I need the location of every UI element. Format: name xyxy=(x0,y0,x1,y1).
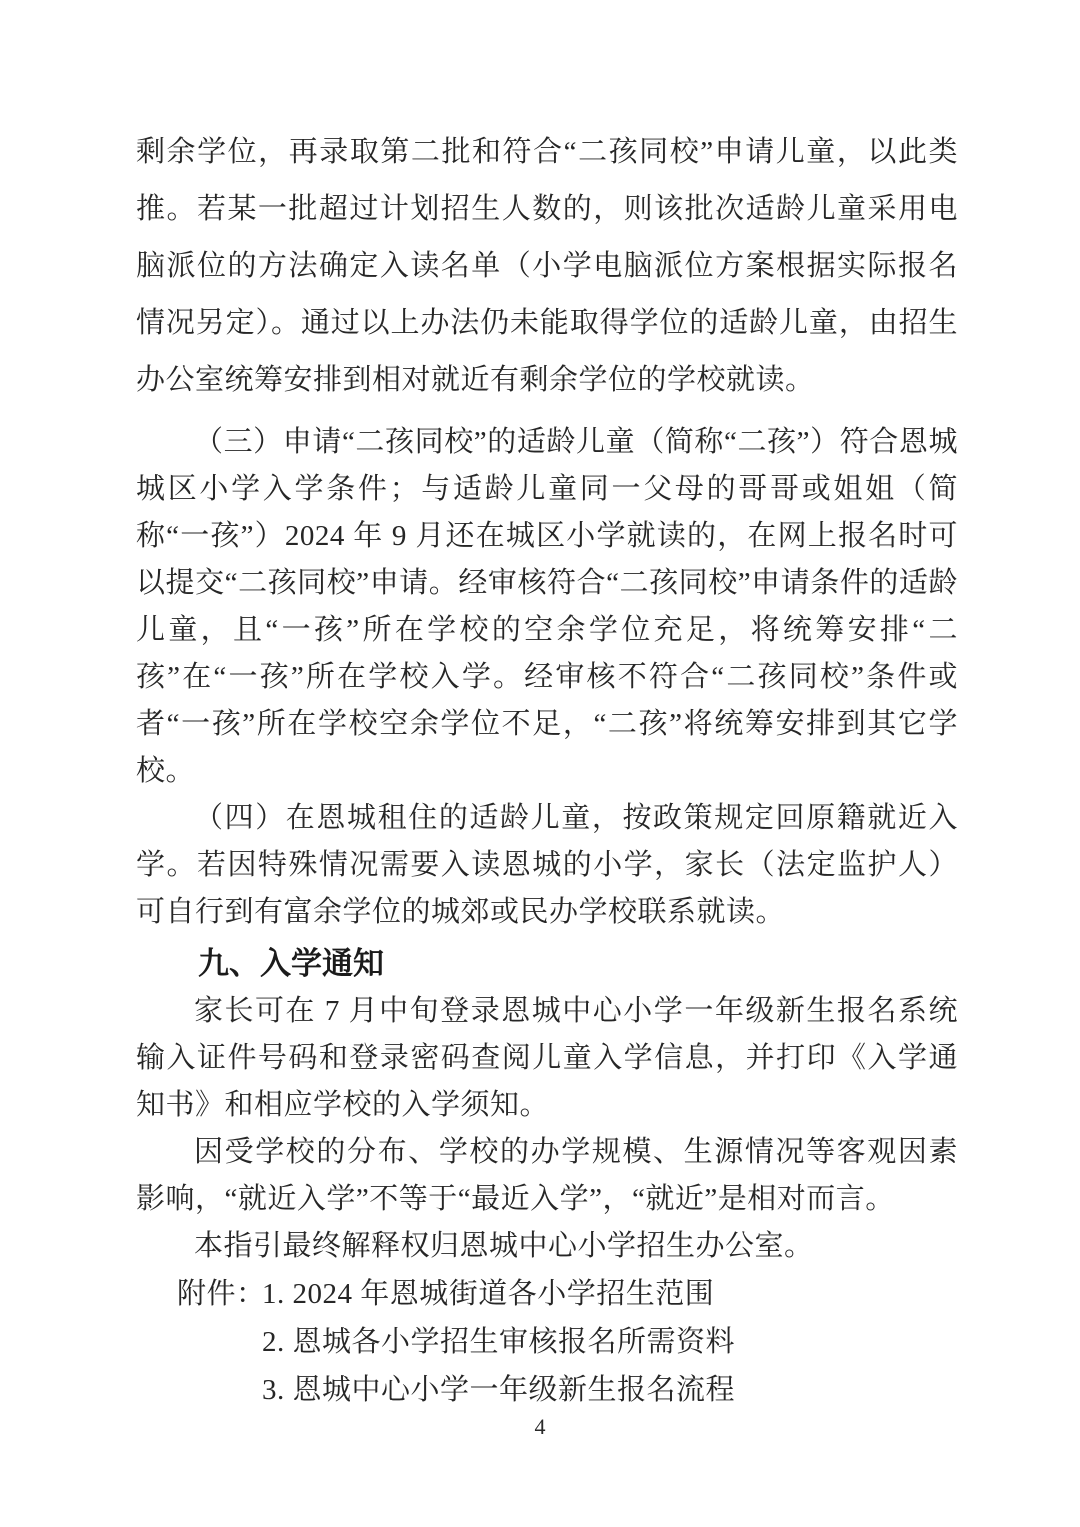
attachments-label: 附件： xyxy=(177,1270,266,1318)
attachment-item: 1. 2024 年恩城街道各小学招生范围 xyxy=(262,1270,958,1318)
paragraph-item-four-renters: （四）在恩城租住的适龄儿童，按政策规定回原籍就近入学。若因特殊情况需要入读恩城的… xyxy=(136,795,958,936)
document-body: 剩余学位，再录取第二批和符合“二孩同校”申请儿童，以此类推。若某一批超过计划招生… xyxy=(136,124,958,1414)
page-number: 4 xyxy=(0,1413,1080,1441)
paragraph-notice-lookup: 家长可在 7 月中旬登录恩城中心小学一年级新生报名系统输入证件号码和登录密码查阅… xyxy=(136,988,958,1129)
attachments-block: 附件： 1. 2024 年恩城街道各小学招生范围 2. 恩城各小学招生审核报名所… xyxy=(136,1270,958,1414)
paragraph-final-interpretation: 本指引最终解释权归恩城中心小学招生办公室。 xyxy=(136,1223,958,1270)
attachment-item: 2. 恩城各小学招生审核报名所需资料 xyxy=(262,1318,958,1366)
attachment-item: 3. 恩城中心小学一年级新生报名流程 xyxy=(262,1366,958,1414)
paragraph-nearby-enrollment: 因受学校的分布、学校的办学规模、生源情况等客观因素影响，“就近入学”不等于“最近… xyxy=(136,1129,958,1223)
section-heading-enrollment-notice: 九、入学通知 xyxy=(136,940,958,988)
paragraph-lottery-placement: 剩余学位，再录取第二批和符合“二孩同校”申请儿童，以此类推。若某一批超过计划招生… xyxy=(136,124,958,409)
document-page: 剩余学位，再录取第二批和符合“二孩同校”申请儿童，以此类推。若某一批超过计划招生… xyxy=(0,0,1080,1527)
paragraph-item-three-second-child: （三）申请“二孩同校”的适龄儿童（简称“二孩”）符合恩城城区小学入学条件；与适龄… xyxy=(136,419,958,795)
